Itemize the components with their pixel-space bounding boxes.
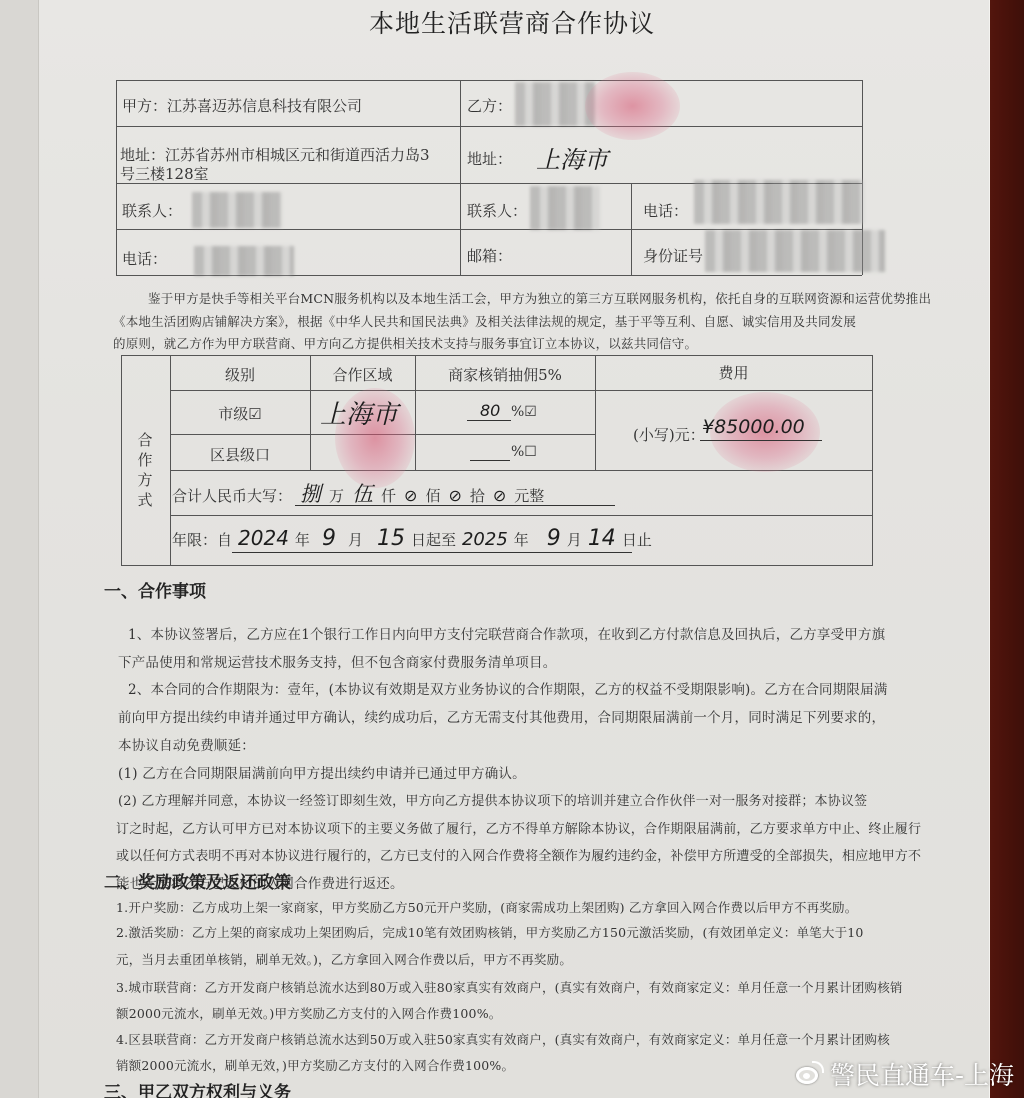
section-line: 2、本合同的合作期限为：壹年，(本协议有效期是双方业务协议的合作期限，乙方的权益…	[128, 678, 888, 698]
term-start-month: 9	[322, 526, 336, 551]
section-line: 下产品使用和常规运营技术服务支持，但不包含商家付费服务清单项目。	[118, 651, 556, 671]
header-fee: 费用	[595, 362, 872, 383]
header-region: 合作区域	[310, 364, 415, 385]
preamble-line: 的原则，就乙方作为甲方联营商、甲方向乙方提供相关技术支持与服务事宜订立本协议，以…	[113, 334, 697, 352]
row-city-level: 市级☑	[170, 403, 310, 424]
section-line: 4.区县联营商：乙方开发商户核销总流水达到50万或入驻50家真实有效商户，(真实…	[116, 1030, 890, 1048]
row-city-commission-suffix: %☑	[511, 404, 537, 420]
section-line: 销额2000元流水，刷单无效，)甲方奖励乙方支付的入网合作费100%。	[116, 1056, 514, 1074]
phone-a-redacted	[194, 246, 294, 276]
term-end-day: 14	[588, 526, 616, 551]
watermark-text: 警民直通车-上海	[830, 1056, 1014, 1092]
total-words-value: 捌 万 伍 仟 ⊘ 佰 ⊘ 拾 ⊘ 元整	[300, 478, 544, 508]
party-a-name: 江苏喜迈苏信息科技有限公司	[167, 97, 362, 115]
section-line: 1、本协议签署后，乙方应在1个银行工作日内向甲方支付完联营商合作款项，在收到乙方…	[128, 623, 885, 643]
term-row: 年限：自 2024 年 9 月 15 日起至 2025 年 9 月 14 日止	[172, 526, 652, 551]
header-level: 级别	[170, 364, 310, 385]
header-commission: 商家核销抽佣5%	[415, 364, 595, 385]
contact-b-label: 联系人：	[467, 200, 527, 221]
id-number-label: 身份证号	[643, 245, 703, 266]
section-line: 1.开户奖励：乙方成功上架一家商家，甲方奖励乙方50元开户奖励，(商家需成功上架…	[116, 898, 857, 916]
section-line: 2.激活奖励：乙方上架的商家成功上架团购后，完成10笔有效团购核销，甲方奖励乙方…	[116, 923, 864, 941]
address-a-line1: 江苏省苏州市相城区元和街道西活力岛3	[165, 146, 430, 164]
party-b-label: 乙方：	[467, 95, 512, 116]
fee-amount-handwritten: ¥85000.00	[702, 416, 805, 438]
contact-b-redacted	[530, 186, 600, 230]
section-heading: 二、奖励政策及返还政策	[104, 868, 291, 893]
email-b-label: 邮箱：	[467, 245, 512, 266]
row-county-commission-suffix: %☐	[511, 444, 537, 460]
row-city-region-handwritten: 上海市	[320, 394, 398, 431]
weibo-icon	[794, 1061, 824, 1087]
section-line: 3.城市联营商：乙方开发商户核销总流水达到80万或入驻80家真实有效商户，(真实…	[116, 978, 903, 996]
fee-label: (小写)元：	[633, 424, 705, 445]
row-county-level: 区县级口	[170, 444, 310, 465]
party-a-label: 甲方：	[122, 97, 167, 115]
term-end-month: 9	[547, 526, 561, 551]
weibo-watermark: 警民直通车-上海	[794, 1056, 1014, 1092]
section-line: 订之时起，乙方认可甲方已对本协议项下的主要义务做了履行，乙方不得单方解除本协议，…	[116, 818, 921, 837]
document-title: 本地生活联营商合作协议	[0, 4, 1024, 40]
preamble-line: 《本地生活团购店铺解决方案》，根据《中华人民共和国民法典》及相关法律法规的规定，…	[113, 312, 856, 330]
phone-b-redacted	[694, 180, 864, 224]
preamble-line: 鉴于甲方是快手等相关平台MCN服务机构以及本地生活工会，甲方为独立的第三方互联网…	[148, 289, 931, 307]
contact-a-label: 联系人：	[122, 200, 182, 221]
term-label: 年限：自	[172, 529, 232, 550]
section-line: 或以任何方式表明不再对本协议进行履行的，乙方已支付的入网合作费将全额作为履约违约…	[116, 845, 921, 864]
section-line: (1) 乙方在合同期限届满前向甲方提出续约申请并已通过甲方确认。	[118, 762, 526, 782]
term-start-day: 15	[377, 526, 405, 551]
fingerprint-stamp	[585, 72, 680, 140]
section-line: 前向甲方提出续约申请并通过甲方确认，续约成功后，乙方无需支付其他费用，合同期限届…	[118, 706, 885, 726]
section-heading: 三、甲乙双方权利与义务	[104, 1078, 291, 1098]
section-heading: 一、合作事项	[104, 577, 206, 602]
row-city-commission-handwritten: 80	[480, 401, 500, 420]
term-end-year: 2025	[462, 529, 508, 550]
party-b-name-redacted	[515, 82, 595, 126]
section-line: 额2000元流水，刷单无效。)甲方奖励乙方支付的入网合作费100%。	[116, 1004, 501, 1022]
phone-a-label: 电话：	[122, 248, 167, 269]
address-b-handwritten: 上海市	[536, 140, 608, 175]
term-start-year: 2024	[238, 526, 289, 550]
section-line: (2) 乙方理解并同意，本协议一经签订即刻生效，甲方向乙方提供本协议项下的培训并…	[118, 790, 867, 809]
address-a-label: 地址：	[120, 146, 165, 164]
address-b-label: 地址：	[467, 148, 512, 169]
phone-b-label: 电话：	[643, 200, 688, 221]
contact-a-redacted	[192, 192, 282, 228]
section-line: 元，当月去重团单核销，刷单无效。)，乙方拿回入网合作费以后，甲方不再奖励。	[116, 950, 572, 968]
section-line: 本协议自动免费顺延：	[118, 734, 255, 754]
address-a-line2: 号三楼128室	[120, 165, 209, 183]
id-number-redacted	[705, 230, 885, 272]
coop-side-label: 合作方式	[133, 430, 157, 510]
total-words-label: 合计人民币大写：	[172, 485, 292, 506]
